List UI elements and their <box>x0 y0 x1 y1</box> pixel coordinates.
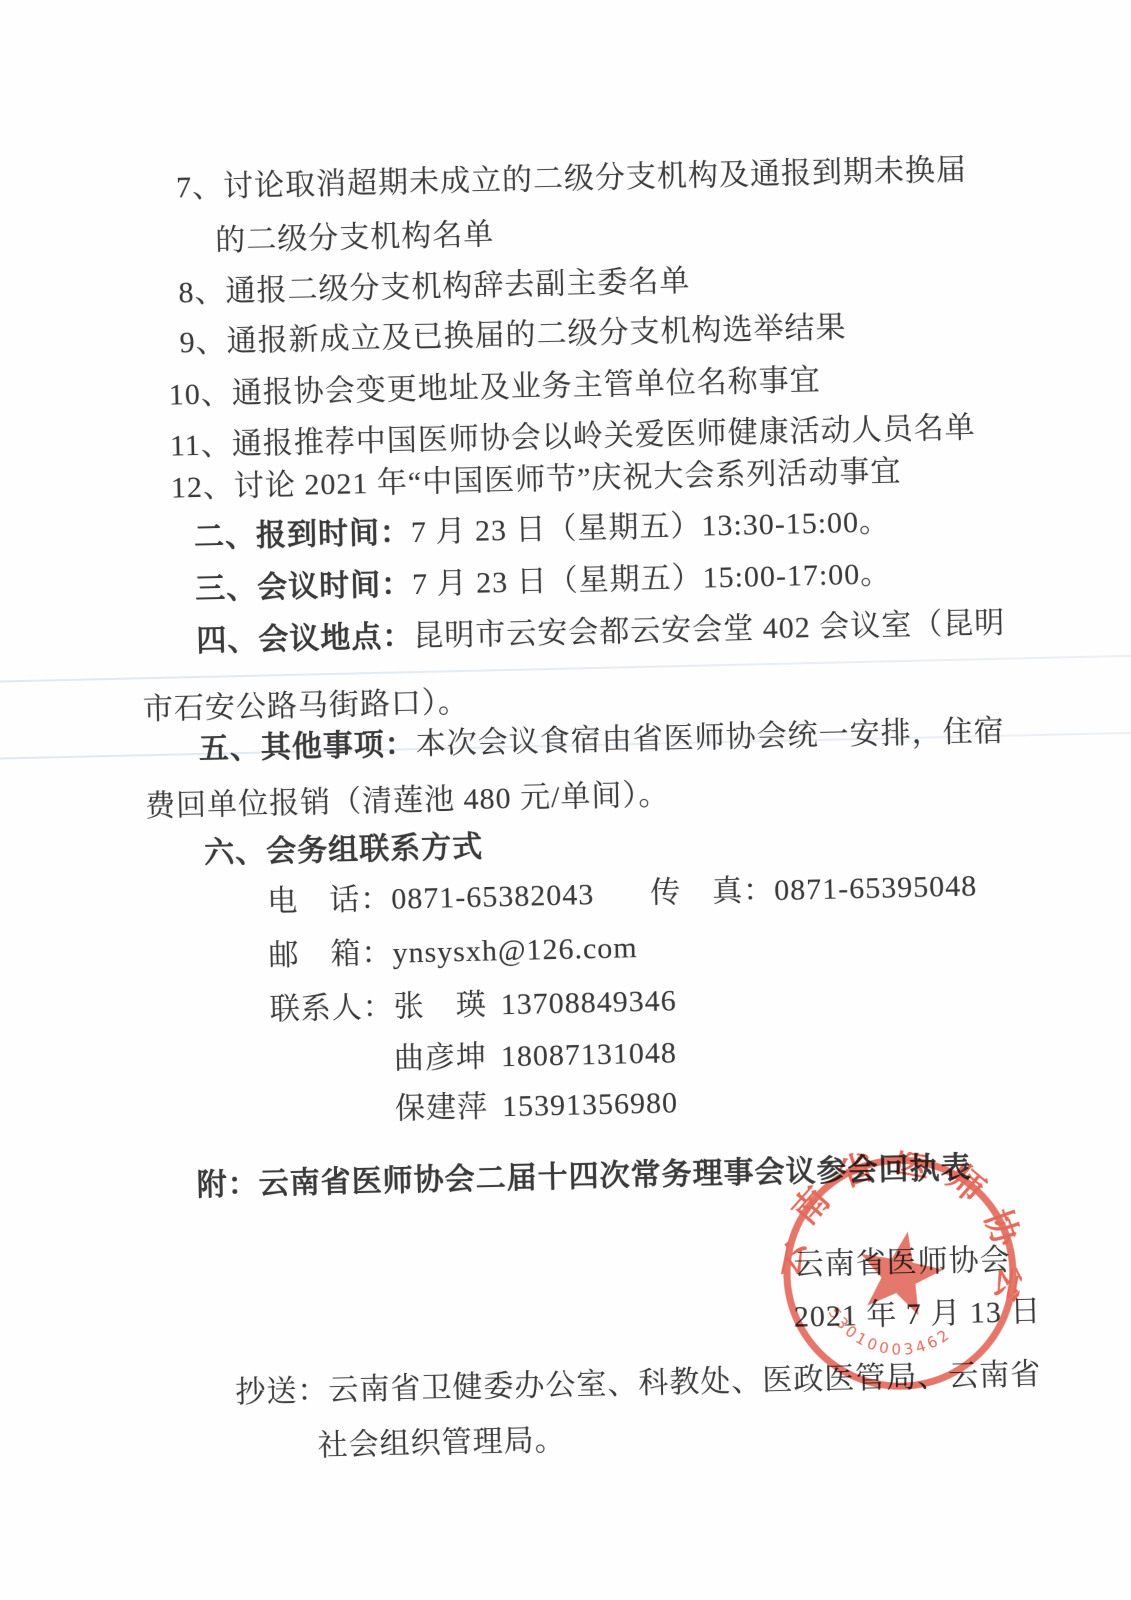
person-1-name: 张 瑛 <box>393 989 487 1024</box>
meeting-time-label: 三、会议时间： <box>195 568 413 606</box>
venue-label: 四、会议地点： <box>196 620 414 658</box>
scanned-notice-page: 7、讨论取消超期未成立的二级分支机构及通报到期未换届 的二级分支机构名单 8、通… <box>0 0 1131 1600</box>
agenda-item-7-cont: 的二级分支机构名单 <box>215 209 495 259</box>
phone-label: 电 话： <box>267 883 392 919</box>
agenda-item-10: 10、通报协会变更地址及业务主管单位名称事宜 <box>168 355 821 414</box>
other-matters-label: 五、其他事项： <box>198 728 416 766</box>
fax-label: 传 真： <box>650 874 775 910</box>
contact-phone-fax-row: 电 话：0871-65382043传 真：0871-65395048 <box>267 860 978 920</box>
section-contact-header: 六、会务组联系方式 <box>204 822 484 872</box>
section-other-matters-cont: 费回单位报销（清莲池 480 元/单间）。 <box>145 769 670 825</box>
fax-value: 0871-65395048 <box>774 869 978 907</box>
official-seal-graphic: 云南省医师协会 53010003462 <box>759 1132 1042 1415</box>
agenda-item-9: 9、通报新成立及已换届的二级分支机构选举结果 <box>179 302 847 361</box>
meeting-time-value: 7 月 23 日（星期五）15:00-17:00。 <box>412 557 892 601</box>
section-meeting-time: 三、会议时间：7 月 23 日（星期五）15:00-17:00。 <box>195 548 892 608</box>
registration-time-value: 7 月 23 日（星期五）13:30-15:00。 <box>411 505 891 549</box>
section-registration-time: 二、报到时间：7 月 23 日（星期五）13:30-15:00。 <box>193 496 890 556</box>
phone-value: 0871-65382043 <box>391 878 595 916</box>
other-matters-value: 本次会议食宿由省医师协会统一安排，住宿 <box>415 715 1005 761</box>
person-2-phone: 18087131048 <box>501 1036 678 1073</box>
person-label: 联系人： <box>269 991 394 1027</box>
contact-person-row-3: 保建萍15391356980 <box>394 1077 678 1127</box>
section-venue: 四、会议地点：昆明市云安会都云安会堂 402 会议室（昆明 <box>196 598 1006 660</box>
email-label: 邮 箱： <box>268 937 393 973</box>
seal-serial-number: 53010003462 <box>819 1302 958 1370</box>
cc-line-2: 社会组织管理局。 <box>317 1415 566 1465</box>
email-value: ynsysxh@126.com <box>392 931 638 970</box>
contact-person-row-2: 曲彦坤18087131048 <box>393 1027 677 1077</box>
seal-star-icon <box>851 1224 949 1319</box>
official-seal: 云南省医师协会 53010003462 <box>759 1132 1042 1415</box>
svg-text:53010003462: 53010003462 <box>819 1302 958 1370</box>
contact-email-row: 邮 箱：ynsysxh@126.com <box>268 922 638 974</box>
venue-value: 昆明市云安会都云安会堂 402 会议室（昆明 <box>413 607 1006 653</box>
registration-time-label: 二、报到时间： <box>194 516 412 554</box>
contact-person-row-1: 联系人：张 瑛13708849346 <box>269 975 677 1028</box>
person-3-phone: 15391356980 <box>502 1086 679 1123</box>
person-2-name: 曲彦坤 <box>394 1041 488 1076</box>
scan-artifact-line-1 <box>0 653 1131 684</box>
person-1-phone: 13708849346 <box>500 984 677 1021</box>
person-3-name: 保建萍 <box>395 1091 489 1126</box>
agenda-item-8: 8、通报二级分支机构辞去副主委名单 <box>178 256 691 312</box>
document-content: 7、讨论取消超期未成立的二级分支机构及通报到期未换届 的二级分支机构名单 8、通… <box>0 0 1131 1600</box>
agenda-item-7: 7、讨论取消超期未成立的二级分支机构及通报到期未换届 <box>176 144 968 206</box>
